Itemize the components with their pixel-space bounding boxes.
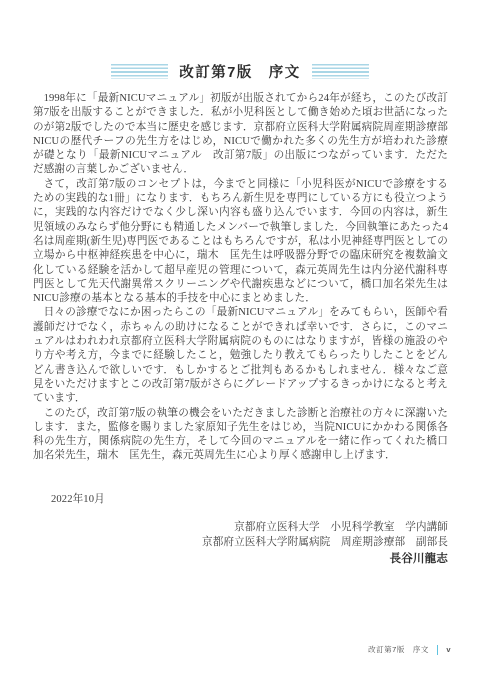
signature-block: 京都府立医科大学 小児科学教室 学内講師 京都府立医科大学附属病院 周産期診療部… bbox=[33, 520, 448, 567]
title-stripe-right-decoration bbox=[312, 64, 369, 79]
signature-affiliation-2: 京都府立医科大学附属病院 周産期診療部 副部長 bbox=[33, 535, 448, 550]
preface-paragraph-3: 日々の診療でなにか困ったらこの「最新NICUマニュアル」をみてもらい，医師や看護… bbox=[33, 306, 448, 406]
author-name: 長谷川龍志 bbox=[33, 551, 448, 566]
preface-page: 改訂第7版 序文 1998年に「最新NICUマニュアル」初版が出版されてから24… bbox=[0, 0, 480, 678]
footer-divider bbox=[437, 645, 439, 655]
date-line: 2022年10月 bbox=[33, 493, 448, 507]
signature-affiliation-1: 京都府立医科大学 小児科学教室 学内講師 bbox=[33, 520, 448, 535]
footer-page-number: v bbox=[446, 645, 451, 654]
page-title: 改訂第7版 序文 bbox=[179, 61, 301, 82]
title-stripe-left-decoration bbox=[111, 64, 168, 79]
preface-paragraph-4: このたび，改訂第7版の執筆の機会をいただきました診断と治療社の方々に深謝いたしま… bbox=[33, 407, 448, 464]
page-footer: 改訂第7版 序文 v bbox=[368, 644, 451, 655]
footer-section-label: 改訂第7版 序文 bbox=[368, 644, 429, 655]
page-title-block: 改訂第7版 序文 bbox=[0, 61, 480, 82]
preface-body: 1998年に「最新NICUマニュアル」初版が出版されてから24年が経ち，このたび… bbox=[33, 92, 448, 567]
preface-paragraph-1: 1998年に「最新NICUマニュアル」初版が出版されてから24年が経ち，このたび… bbox=[33, 92, 448, 178]
preface-paragraph-2: さて，改訂第7版のコンセプトは，今までと同様に「小児科医がNICUで診療をするた… bbox=[33, 178, 448, 307]
